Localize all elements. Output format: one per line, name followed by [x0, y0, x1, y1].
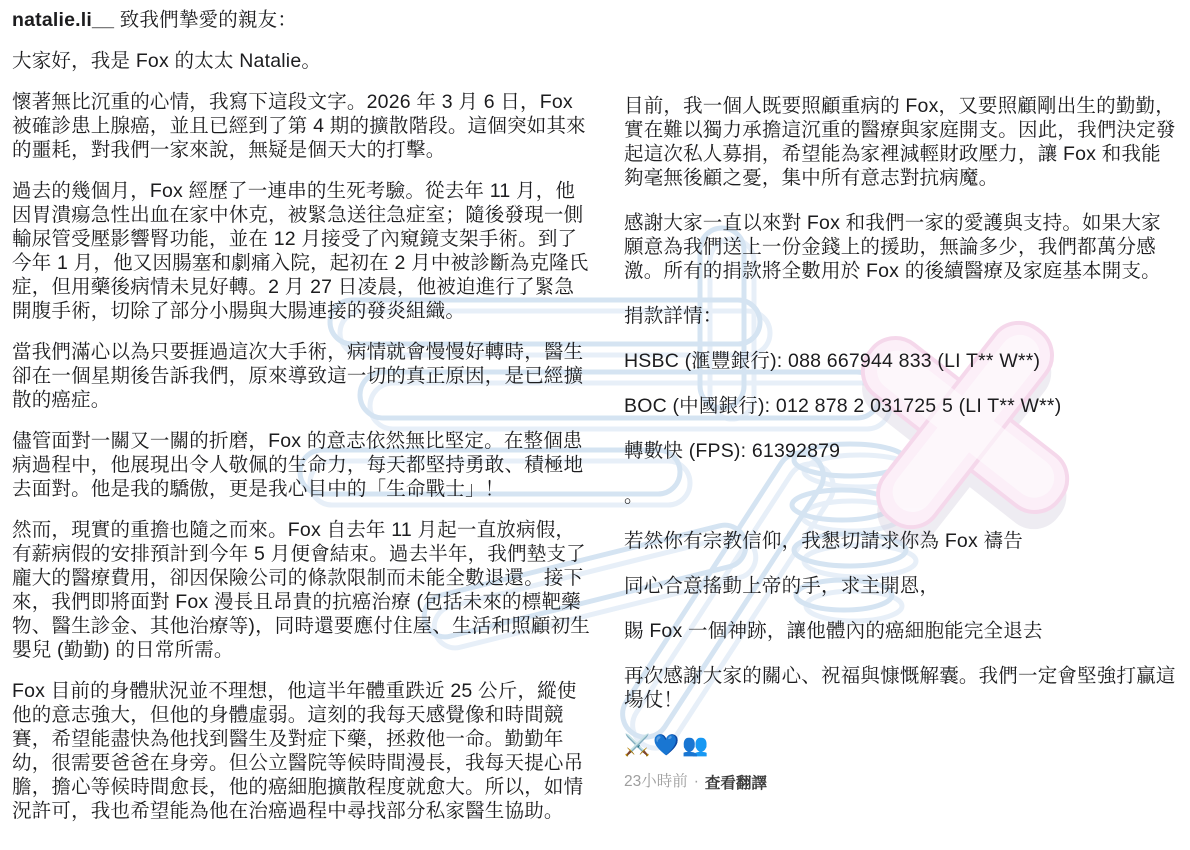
see-translation-button[interactable]: 查看翻譯: [705, 771, 767, 793]
paragraph: 目前，我一個人既要照顧重病的 Fox，又要照顧剛出生的勤勤，實在難以獨力承擔這沉…: [624, 94, 1178, 190]
timestamp: 23小時前: [624, 772, 688, 792]
dot-separator: ·: [694, 772, 699, 792]
paragraph: 同心合意搖動上帝的手，求主開恩，: [624, 574, 1178, 598]
username-link[interactable]: natalie.li__: [12, 9, 114, 31]
paragraph: 再次感謝大家的關心、祝福與慷慨解囊。我們一定會堅強打贏這場仗！: [624, 664, 1178, 712]
post-meta-row: 23小時前 · 查看翻譯: [624, 771, 1178, 793]
caption-right-column: 目前，我一個人既要照顧重病的 Fox，又要照顧剛出生的勤勤，實在難以獨力承擔這沉…: [624, 8, 1178, 840]
post-caption-view: natalie.li__ 致我們摯愛的親友： 大家好，我是 Fox 的太太 Na…: [0, 0, 1190, 840]
paragraph: 然而，現實的重擔也隨之而來。Fox 自去年 11 月起一直放病假，有薪病假的安排…: [12, 518, 592, 662]
paragraph: 若然你有宗教信仰，我懇切請求你為 Fox 禱告: [624, 529, 1178, 553]
paragraph: Fox 目前的身體狀況並不理想，他這半年體重跌近 25 公斤，縱使他的意志強大，…: [12, 679, 592, 823]
donation-details-heading: 捐款詳情：: [624, 304, 1178, 328]
paragraph: 懷著無比沉重的心情，我寫下這段文字。2026 年 3 月 6 日，Fox 被確診…: [12, 90, 592, 162]
caption-left-column: natalie.li__ 致我們摯愛的親友： 大家好，我是 Fox 的太太 Na…: [12, 8, 592, 840]
paragraph: 大家好，我是 Fox 的太太 Natalie。: [12, 49, 592, 73]
donation-line-hsbc: HSBC (滙豐銀行): 088 667944 833 (LI T** W**): [624, 349, 1178, 373]
donation-line-boc: BOC (中國銀行): 012 878 2 031725 5 (LI T** W…: [624, 394, 1178, 418]
paragraph: 過去的幾個月，Fox 經歷了一連串的生死考驗。從去年 11 月，他因胃潰瘍急性出…: [12, 179, 592, 323]
reaction-emojis: ⚔️💙👥: [624, 733, 1178, 759]
donation-line-fps: 轉數快 (FPS): 61392879: [624, 439, 1178, 463]
paragraph: 當我們滿心以為只要捱過這次大手術，病情就會慢慢好轉時，醫生卻在一個星期後告訴我們…: [12, 340, 592, 412]
caption-header: natalie.li__ 致我們摯愛的親友：: [12, 8, 592, 32]
paragraph: 儘管面對一關又一關的折磨，Fox 的意志依然無比堅定。在整個患病過程中，他展現出…: [12, 429, 592, 501]
salutation-text: 致我們摯愛的親友：: [120, 9, 297, 31]
paragraph: 。: [624, 484, 1178, 508]
paragraph: 感謝大家一直以來對 Fox 和我們一家的愛護與支持。如果大家願意為我們送上一份金…: [624, 211, 1178, 283]
paragraph: 賜 Fox 一個神跡，讓他體內的癌細胞能完全退去: [624, 619, 1178, 643]
